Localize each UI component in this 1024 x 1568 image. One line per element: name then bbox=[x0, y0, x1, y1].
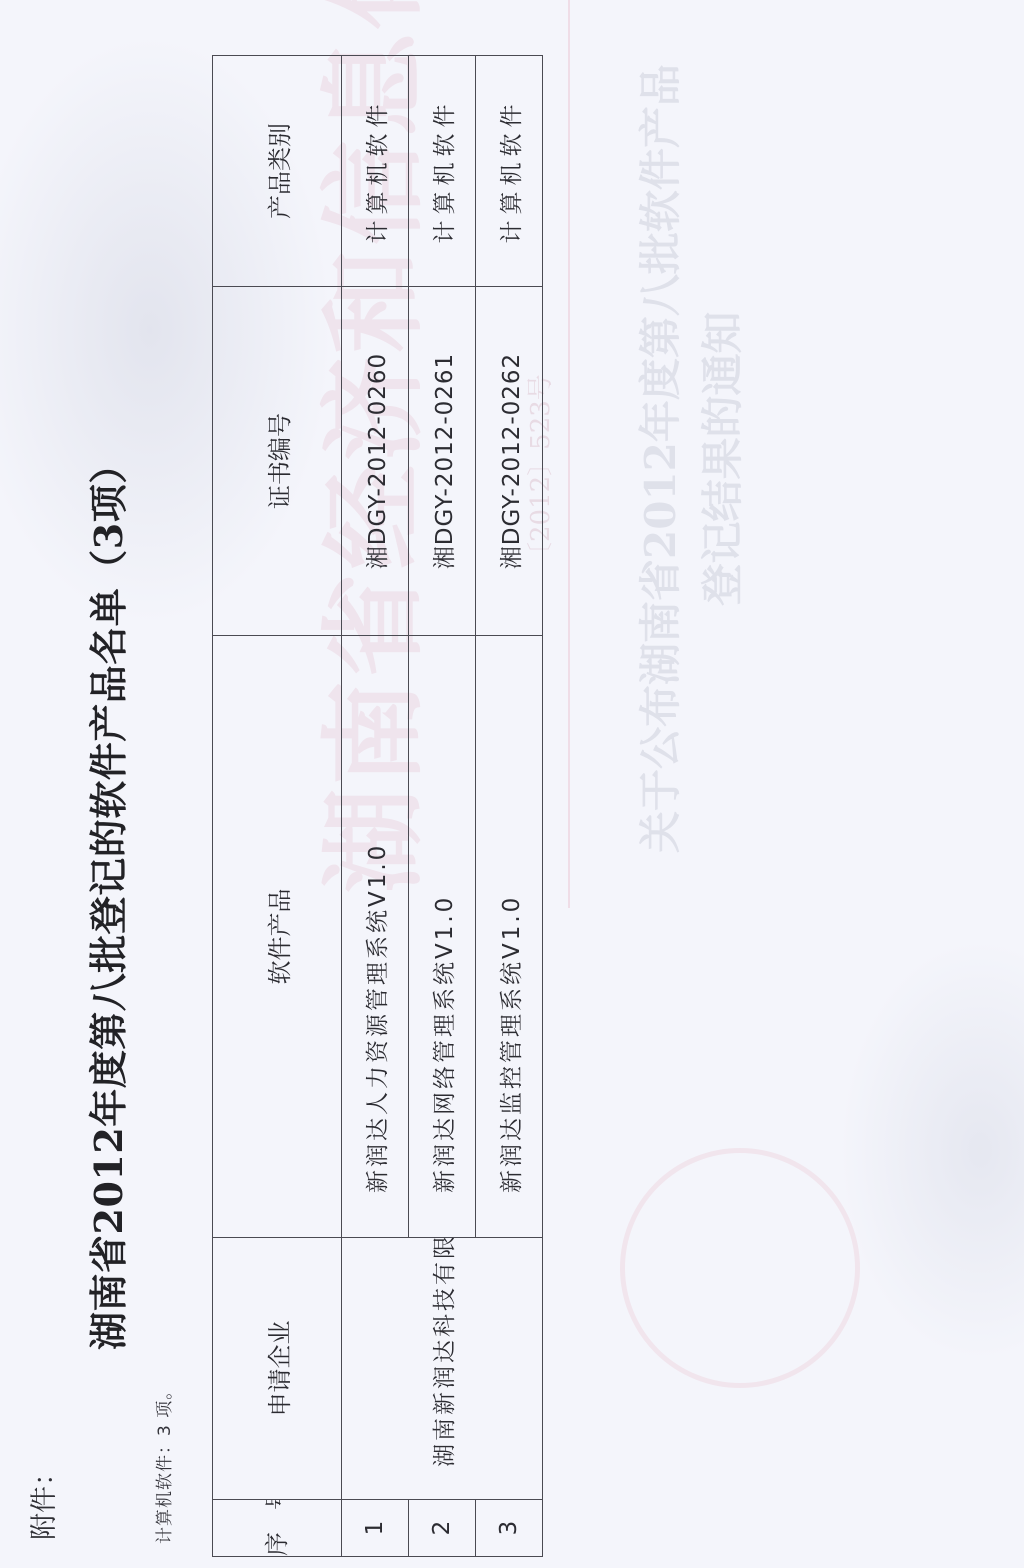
cell-enterprise-merged: 湖南新润达科技有限公司 bbox=[342, 1238, 543, 1500]
cell-category: 计算机软件 bbox=[409, 56, 476, 287]
cell-product: 新润达人力资源管理系统V1.0 bbox=[342, 636, 409, 1238]
page-title: 湖南省2012年度第八批登记的软件产品名单（3项） bbox=[78, 445, 133, 1350]
attachment-label: 附件： bbox=[22, 1459, 61, 1540]
header-product: 软件产品 bbox=[213, 636, 342, 1238]
bleed-heading: 关于公布湖南省2012年度第八批软件产品 登记结果的通知 bbox=[630, 64, 754, 853]
header-category: 产品类别 bbox=[213, 56, 342, 287]
bleed-heading-line2: 登记结果的通知 bbox=[692, 64, 754, 853]
cell-product: 新润达监控管理系统V1.0 bbox=[476, 636, 543, 1238]
cell-certificate: 湘DGY-2012-0260 bbox=[342, 287, 409, 636]
header-seq-char1: 序 bbox=[264, 1532, 290, 1556]
header-seq-char2: 号 bbox=[264, 1500, 290, 1511]
table-row: 1 湖南新润达科技有限公司 新润达人力资源管理系统V1.0 湘DGY-2012-… bbox=[342, 56, 409, 1557]
cell-category: 计算机软件 bbox=[476, 56, 543, 287]
bleed-heading-line1: 关于公布湖南省2012年度第八批软件产品 bbox=[630, 64, 692, 853]
cell-category: 计算机软件 bbox=[342, 56, 409, 287]
cell-seq: 2 bbox=[409, 1500, 476, 1557]
header-enterprise: 申请企业 bbox=[213, 1238, 342, 1500]
bleed-red-rule bbox=[568, 0, 570, 908]
cell-seq: 1 bbox=[342, 1500, 409, 1557]
header-certificate: 证书编号 bbox=[213, 287, 342, 636]
cell-seq: 3 bbox=[476, 1500, 543, 1557]
rotated-page: 湖南省经济和信息化委员会文件 〔2012〕523号 关于公布湖南省2012年度第… bbox=[0, 0, 1024, 1568]
cell-product: 新润达网络管理系统V1.0 bbox=[409, 636, 476, 1238]
bleed-seal-stamp bbox=[620, 1148, 860, 1388]
table-header-row: 序号 申请企业 软件产品 证书编号 产品类别 bbox=[213, 56, 342, 1557]
cell-certificate: 湘DGY-2012-0262 bbox=[476, 287, 543, 636]
header-seq: 序号 bbox=[213, 1500, 342, 1557]
cell-certificate: 湘DGY-2012-0261 bbox=[409, 287, 476, 636]
software-product-table: 序号 申请企业 软件产品 证书编号 产品类别 1 湖南新润达科技有限公司 新润达… bbox=[212, 55, 543, 1557]
count-note: 计算机软件：3 项。 bbox=[150, 1382, 175, 1544]
